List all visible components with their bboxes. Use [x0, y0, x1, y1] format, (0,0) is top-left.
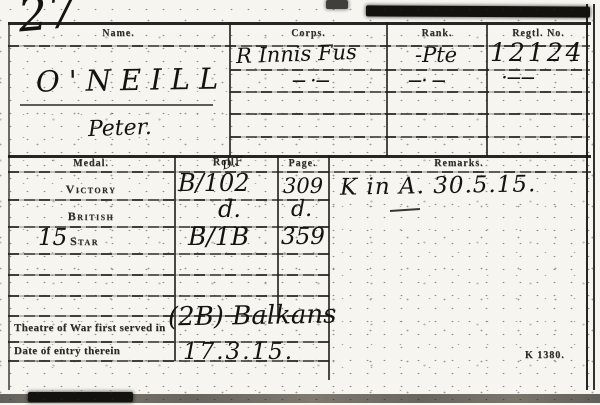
- medal-row-rule-1: [8, 199, 330, 201]
- rank-value: -Pte: [415, 45, 457, 66]
- divider-page-remarks: [328, 155, 330, 380]
- rank-ditto-mark: —· —: [408, 74, 446, 88]
- corps-header: Corps.: [230, 29, 387, 39]
- regtl-no-value: 12124: [490, 40, 585, 65]
- corps-value: R Innis Fus: [236, 42, 358, 67]
- page-value-victory: 309: [283, 176, 323, 197]
- name-label: Name.: [8, 29, 229, 39]
- roll-value-british: d.: [218, 197, 241, 221]
- page-column-header: Page.: [277, 159, 328, 169]
- regtl-ditto-mark: ·——: [502, 71, 535, 85]
- roll-value-victory: B/102: [178, 171, 250, 195]
- surname: O'NEILL: [36, 64, 228, 96]
- remarks-value: K in A. 30.5.15.: [340, 173, 537, 199]
- medal-row-rule-4: [8, 274, 330, 276]
- card-top-border: [8, 22, 591, 25]
- card-right-border: [586, 4, 595, 390]
- divider-roll-page: [277, 155, 279, 316]
- corps-ditto-mark: — ·—: [292, 74, 330, 88]
- theatre-value: (2B) Balkans: [168, 302, 337, 331]
- theatre-label: Theatre of War first served in: [14, 323, 166, 334]
- form-number: K 1380.: [525, 351, 565, 361]
- roll-value-star: B/1B: [188, 224, 249, 249]
- scan-smudge-small: [326, 0, 348, 9]
- medal-row-rule-3: [8, 253, 330, 255]
- entry-date-label: Date of entry therein: [14, 346, 120, 357]
- medal-name-british: British: [8, 210, 174, 222]
- page-value-star: 359: [281, 226, 325, 249]
- medal-name-victory: Victory: [8, 183, 174, 195]
- remarks-underline-flourish: [390, 208, 420, 212]
- scan-smudge-top: [366, 5, 590, 17]
- service-rule-4: [230, 136, 590, 138]
- scan-smudge-bottom-left: [28, 392, 133, 402]
- forename: Peter.: [88, 117, 153, 141]
- service-rule-3: [230, 113, 590, 115]
- name-underline: [20, 104, 213, 106]
- service-rule-1: [230, 69, 590, 71]
- medal-row-rule-5: [8, 295, 330, 297]
- entry-date-bottom-rule: [8, 360, 330, 362]
- card-left-border: [8, 22, 10, 390]
- service-rule-2: [230, 91, 590, 93]
- medal-column-header: Medal.: [8, 159, 174, 169]
- rank-header: Rank.: [387, 29, 487, 39]
- medal-index-card-scan: 27 Name. Corps. Rank. Regtl. No. O'NEILL…: [0, 0, 600, 405]
- remarks-column-header: Remarks.: [328, 159, 590, 169]
- page-value-british: d.: [291, 199, 312, 221]
- medal-name-star: Star: [70, 235, 99, 247]
- medal-prefix-15: 15: [38, 227, 67, 250]
